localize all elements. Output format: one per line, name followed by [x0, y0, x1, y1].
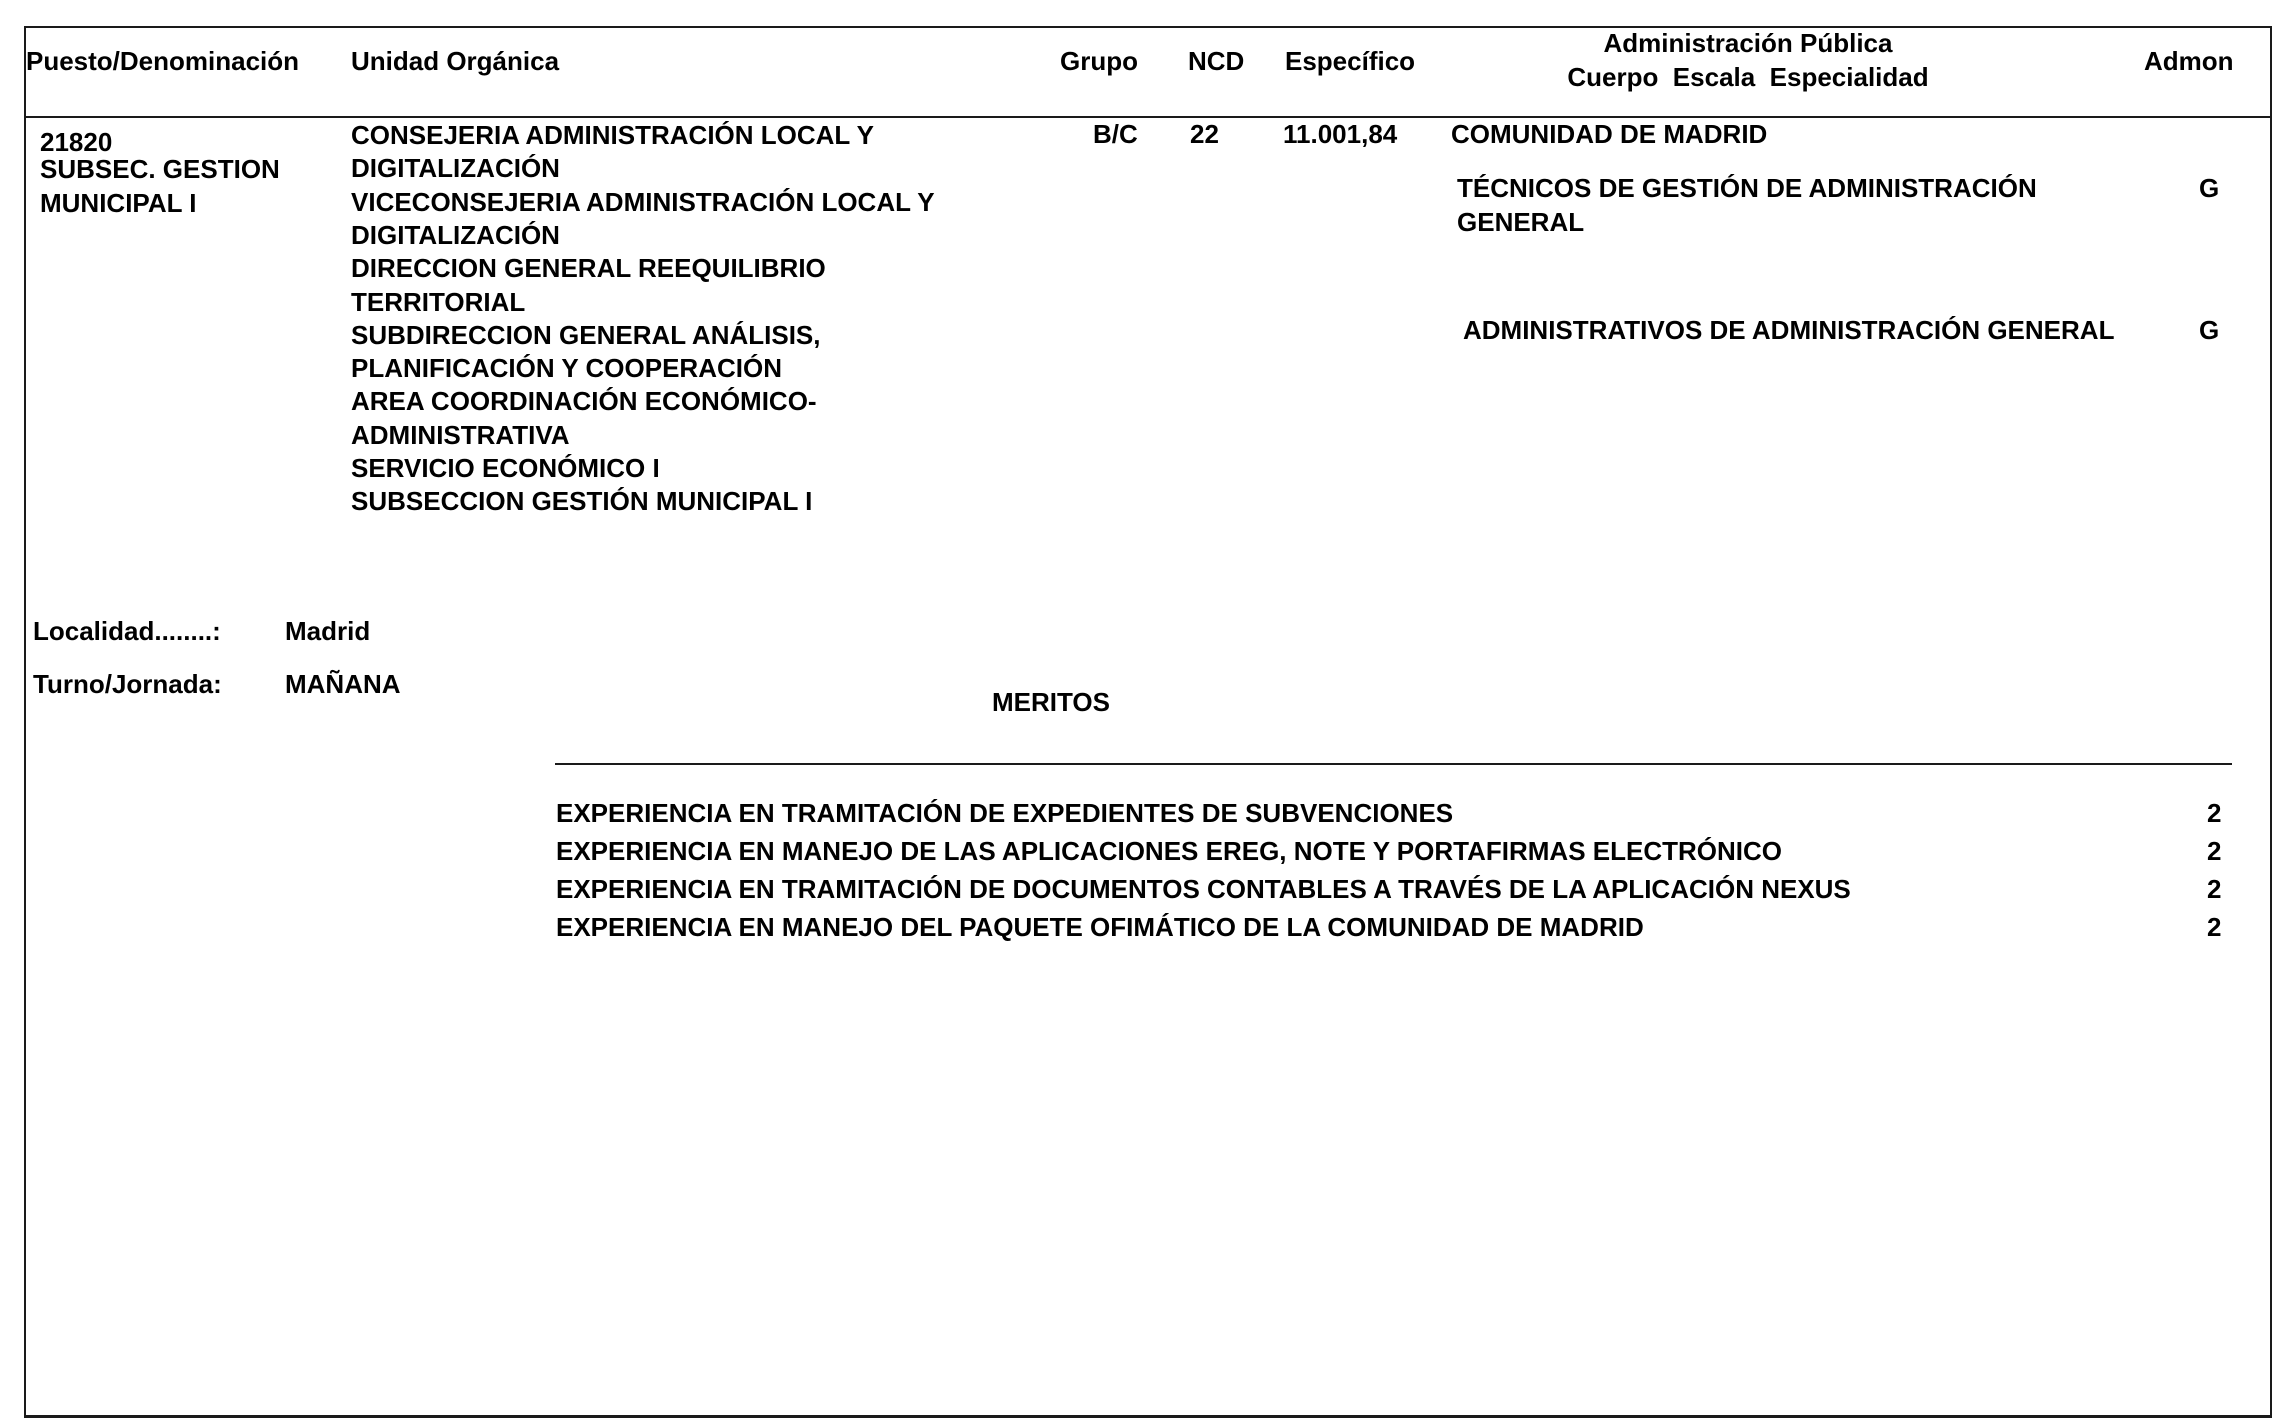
header-cuerpo-escala-especialidad: Cuerpo Escala Especialidad — [1548, 64, 1948, 90]
merito-points: 2 — [2207, 876, 2221, 902]
unidad-organica-line: ADMINISTRATIVA — [351, 422, 570, 448]
localidad-value: Madrid — [285, 618, 370, 644]
unidad-organica-line: CONSEJERIA ADMINISTRACIÓN LOCAL Y — [351, 122, 874, 148]
ncd-value: 22 — [1190, 121, 1219, 147]
header-admon: Admon — [2144, 48, 2234, 74]
unidad-organica-line: PLANIFICACIÓN Y COOPERACIÓN — [351, 355, 782, 381]
header-admin-publica: Administración Pública — [1548, 30, 1948, 56]
cuerpo-line: TÉCNICOS DE GESTIÓN DE ADMINISTRACIÓN — [1457, 175, 2037, 201]
cuerpo-admon: G — [2199, 317, 2219, 343]
turno-value: MAÑANA — [285, 671, 401, 697]
unidad-organica-line: DIGITALIZACIÓN — [351, 222, 560, 248]
header-unidad: Unidad Orgánica — [351, 48, 559, 74]
merito-text: EXPERIENCIA EN MANEJO DE LAS APLICACIONE… — [556, 838, 1782, 864]
unidad-organica-line: AREA COORDINACIÓN ECONÓMICO- — [351, 388, 817, 414]
header-grupo: Grupo — [1060, 48, 1138, 74]
administracion-value: COMUNIDAD DE MADRID — [1451, 121, 1767, 147]
merito-points: 2 — [2207, 800, 2221, 826]
header-especifico: Específico — [1285, 48, 1415, 74]
header-puesto: Puesto/Denominación — [26, 48, 299, 74]
cuerpo-admon: G — [2199, 175, 2219, 201]
merito-text: EXPERIENCIA EN MANEJO DEL PAQUETE OFIMÁT… — [556, 914, 1644, 940]
unidad-organica-line: DIGITALIZACIÓN — [351, 155, 560, 181]
grupo-value: B/C — [1093, 121, 1138, 147]
meritos-divider — [555, 763, 2232, 765]
puesto-denominacion-line: MUNICIPAL I — [40, 190, 196, 216]
cuerpo-line: GENERAL — [1457, 209, 1584, 235]
meritos-title: MERITOS — [992, 689, 1110, 715]
unidad-organica-line: TERRITORIAL — [351, 289, 525, 315]
header-ncd: NCD — [1188, 48, 1244, 74]
merito-text: EXPERIENCIA EN TRAMITACIÓN DE DOCUMENTOS… — [556, 876, 1851, 902]
merito-text: EXPERIENCIA EN TRAMITACIÓN DE EXPEDIENTE… — [556, 800, 1453, 826]
puesto-codigo: 21820 — [40, 129, 112, 155]
unidad-organica-line: SERVICIO ECONÓMICO I — [351, 455, 660, 481]
header-divider — [24, 116, 2272, 118]
puesto-denominacion-line: SUBSEC. GESTION — [40, 156, 280, 182]
cuerpo-line: ADMINISTRATIVOS DE ADMINISTRACIÓN GENERA… — [1463, 317, 2114, 343]
merito-points: 2 — [2207, 838, 2221, 864]
localidad-label: Localidad........: — [33, 618, 221, 644]
unidad-organica-line: VICECONSEJERIA ADMINISTRACIÓN LOCAL Y — [351, 189, 935, 215]
turno-label: Turno/Jornada: — [33, 671, 222, 697]
unidad-organica-line: SUBDIRECCION GENERAL ANÁLISIS, — [351, 322, 821, 348]
unidad-organica-line: SUBSECCION GESTIÓN MUNICIPAL I — [351, 488, 812, 514]
merito-points: 2 — [2207, 914, 2221, 940]
especifico-value: 11.001,84 — [1283, 121, 1397, 147]
unidad-organica-line: DIRECCION GENERAL REEQUILIBRIO — [351, 255, 826, 281]
